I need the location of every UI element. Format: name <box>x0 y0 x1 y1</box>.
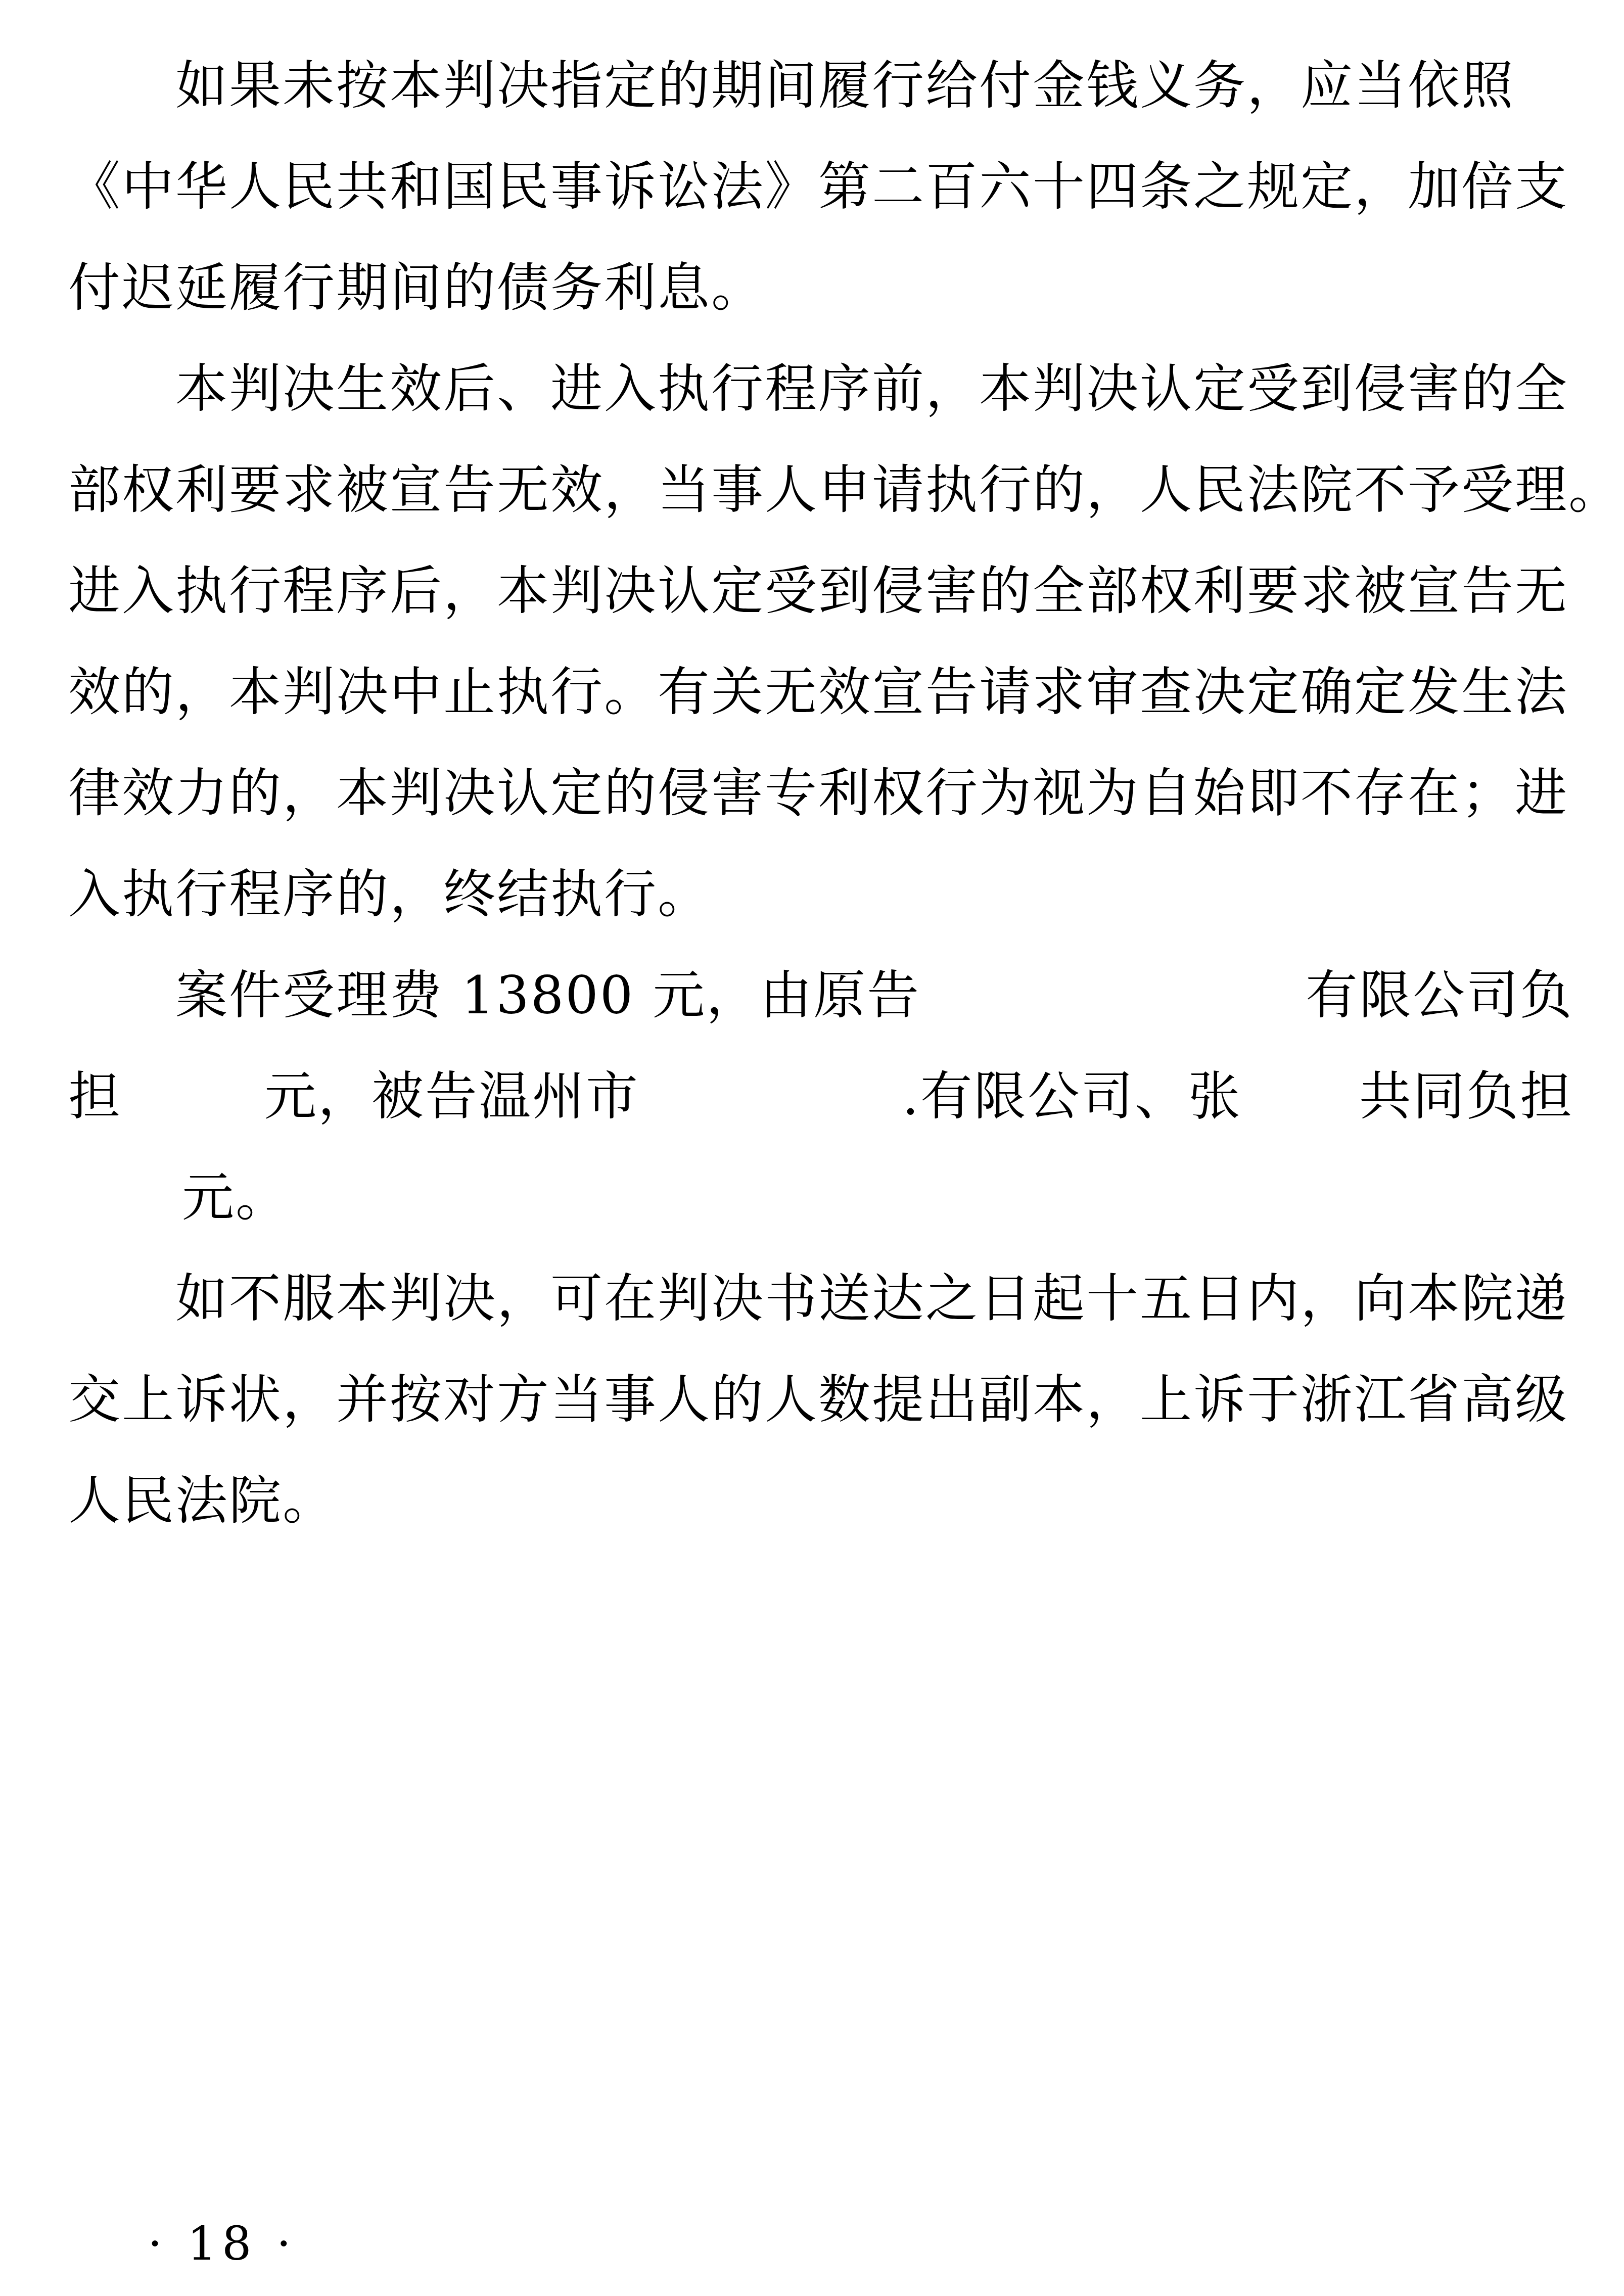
paragraph-appeal-rights: 如不服本判决，可在判决书送达之日起十五日内，向本院递 交上诉状，并按对方当事人的… <box>68 1248 1573 1552</box>
redacted-blank <box>1242 1046 1359 1147</box>
costs-text-segment: 元，被告温州市 <box>264 1046 639 1147</box>
redacted-blank <box>639 1046 902 1147</box>
text-line: 入执行程序的，终结执行。 <box>68 844 1573 945</box>
text-line: 部权利要求被宣告无效，当事人申请执行的，人民法院不予受理。 <box>68 440 1573 541</box>
text-line: 如不服本判决，可在判决书送达之日起十五日内，向本院递 <box>68 1248 1573 1349</box>
text-line: 如果未按本判决指定的期间履行给付金钱义务，应当依照 <box>68 35 1573 136</box>
costs-text-segment: .有限公司、张 <box>902 1046 1242 1147</box>
costs-line-3: 元。 <box>68 1147 1573 1248</box>
text-line: 付迟延履行期间的债务利息。 <box>68 238 1573 339</box>
paragraph-invalidation-execution: 本判决生效后、进入执行程序前，本判决认定受到侵害的全 部权利要求被宣告无效，当事… <box>68 339 1573 945</box>
text-line: 《中华人民共和国民事诉讼法》第二百六十四条之规定，加倍支 <box>68 136 1573 238</box>
judgment-page: 如果未按本判决指定的期间履行给付金钱义务，应当依照 《中华人民共和国民事诉讼法》… <box>0 0 1624 2296</box>
redacted-blank <box>122 1046 264 1147</box>
costs-text-segment: 共同负担 <box>1359 1046 1573 1147</box>
paragraph-late-performance-interest: 如果未按本判决指定的期间履行给付金钱义务，应当依照 《中华人民共和国民事诉讼法》… <box>68 35 1573 339</box>
judgment-body: 如果未按本判决指定的期间履行给付金钱义务，应当依照 《中华人民共和国民事诉讼法》… <box>0 35 1624 1552</box>
costs-text-segment: 担 <box>68 1046 122 1147</box>
text-line: 律效力的，本判决认定的侵害专利权行为视为自始即不存在；进 <box>68 743 1573 844</box>
text-line: 本判决生效后、进入执行程序前，本判决认定受到侵害的全 <box>68 339 1573 440</box>
costs-amount-tail: 元。 <box>182 1167 289 1228</box>
page-number: · 18 · <box>148 2206 296 2282</box>
text-line: 人民法院。 <box>68 1450 1573 1552</box>
text-line: 交上诉状，并按对方当事人的人数提出副本，上诉于浙江省高级 <box>68 1349 1573 1450</box>
paragraph-litigation-costs: 案件受理费 13800 元，由原告 有限公司负 担 元，被告温州市 .有限公司、… <box>68 945 1573 1248</box>
costs-plaintiff-suffix: 有限公司负 <box>1306 945 1573 1046</box>
costs-fee-text: 案件受理费 13800 元，由原告 <box>175 945 920 1046</box>
costs-line-2: 担 元，被告温州市 .有限公司、张 共同负担 <box>68 1046 1573 1147</box>
redacted-blank <box>920 945 1306 1046</box>
costs-line-1: 案件受理费 13800 元，由原告 有限公司负 <box>68 945 1573 1046</box>
text-line: 进入执行程序后，本判决认定受到侵害的全部权利要求被宣告无 <box>68 541 1573 642</box>
text-line: 效的，本判决中止执行。有关无效宣告请求审查决定确定发生法 <box>68 642 1573 743</box>
